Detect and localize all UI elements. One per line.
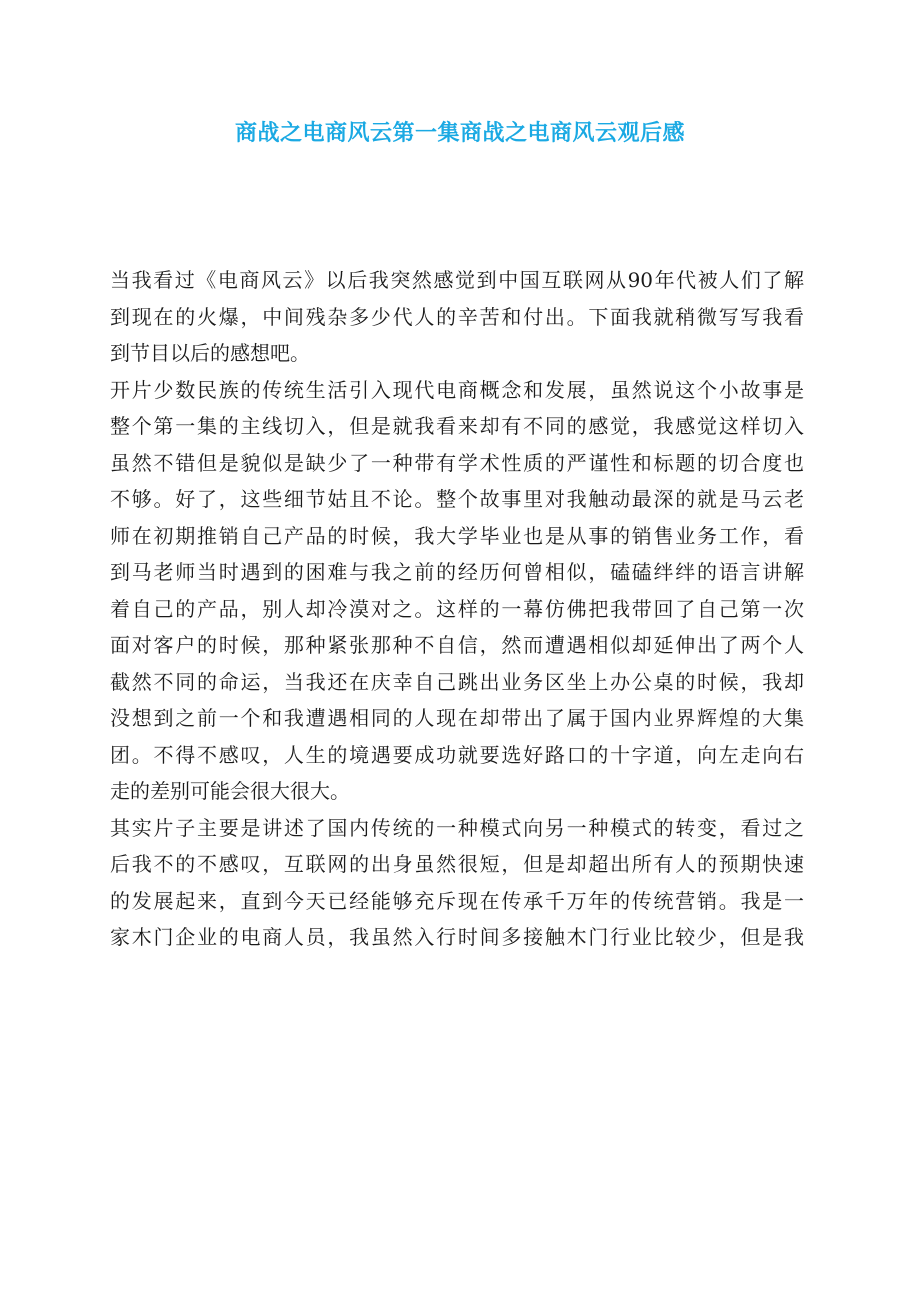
text-line: 到马老师当时遇到的困难与我之前的经历何曾相似，磕磕绊绊的语言讲解 (110, 554, 804, 591)
text-line: 其实片子主要是讲述了国内传统的一种模式向另一种模式的转变，看过之 (110, 810, 804, 847)
text-line: 开片少数民族的传统生活引入现代电商概念和发展，虽然说这个小故事是 (110, 372, 804, 409)
text-line: 不够。好了，这些细节姑且不论。整个故事里对我触动最深的就是马云老 (110, 481, 804, 518)
document-body: 当我看过《电商风云》以后我突然感觉到中国互联网从90年代被人们了解 到现在的火爆… (110, 262, 804, 956)
text-line: 到节目以后的感想吧。 (110, 335, 804, 372)
text-line: 到现在的火爆，中间残杂多少代人的辛苦和付出。下面我就稍微写写我看 (110, 299, 804, 336)
text-line: 走的差别可能会很大很大。 (110, 773, 804, 810)
text-line: 师在初期推销自己产品的时候，我大学毕业也是从事的销售业务工作，看 (110, 518, 804, 555)
paragraph-1: 当我看过《电商风云》以后我突然感觉到中国互联网从90年代被人们了解 到现在的火爆… (110, 262, 804, 372)
paragraph-2: 开片少数民族的传统生活引入现代电商概念和发展，虽然说这个小故事是 整个第一集的主… (110, 372, 804, 810)
text-line: 虽然不错但是貌似是缺少了一种带有学术性质的严谨性和标题的切合度也 (110, 445, 804, 482)
text-line: 的发展起来，直到今天已经能够充斥现在传承千万年的传统营销。我是一 (110, 883, 804, 920)
text-line: 着自己的产品，别人却冷漠对之。这样的一幕仿佛把我带回了自己第一次 (110, 591, 804, 628)
text-line: 团。不得不感叹，人生的境遇要成功就要选好路口的十字道，向左走向右 (110, 737, 804, 774)
text-line: 没想到之前一个和我遭遇相同的人现在却带出了属于国内业界辉煌的大集 (110, 700, 804, 737)
document-title: 商战之电商风云第一集商战之电商风云观后感 (0, 116, 920, 152)
text-line: 家木门企业的电商人员，我虽然入行时间多接触木门行业比较少，但是我 (110, 919, 804, 956)
text-line: 整个第一集的主线切入，但是就我看来却有不同的感觉，我感觉这样切入 (110, 408, 804, 445)
paragraph-3: 其实片子主要是讲述了国内传统的一种模式向另一种模式的转变，看过之 后我不的不感叹… (110, 810, 804, 956)
text-line: 当我看过《电商风云》以后我突然感觉到中国互联网从90年代被人们了解 (110, 262, 804, 299)
text-line: 面对客户的时候，那种紧张那种不自信，然而遭遇相似却延伸出了两个人 (110, 627, 804, 664)
text-line: 截然不同的命运，当我还在庆幸自己跳出业务区坐上办公桌的时候，我却 (110, 664, 804, 701)
text-line: 后我不的不感叹，互联网的出身虽然很短，但是却超出所有人的预期快速 (110, 846, 804, 883)
